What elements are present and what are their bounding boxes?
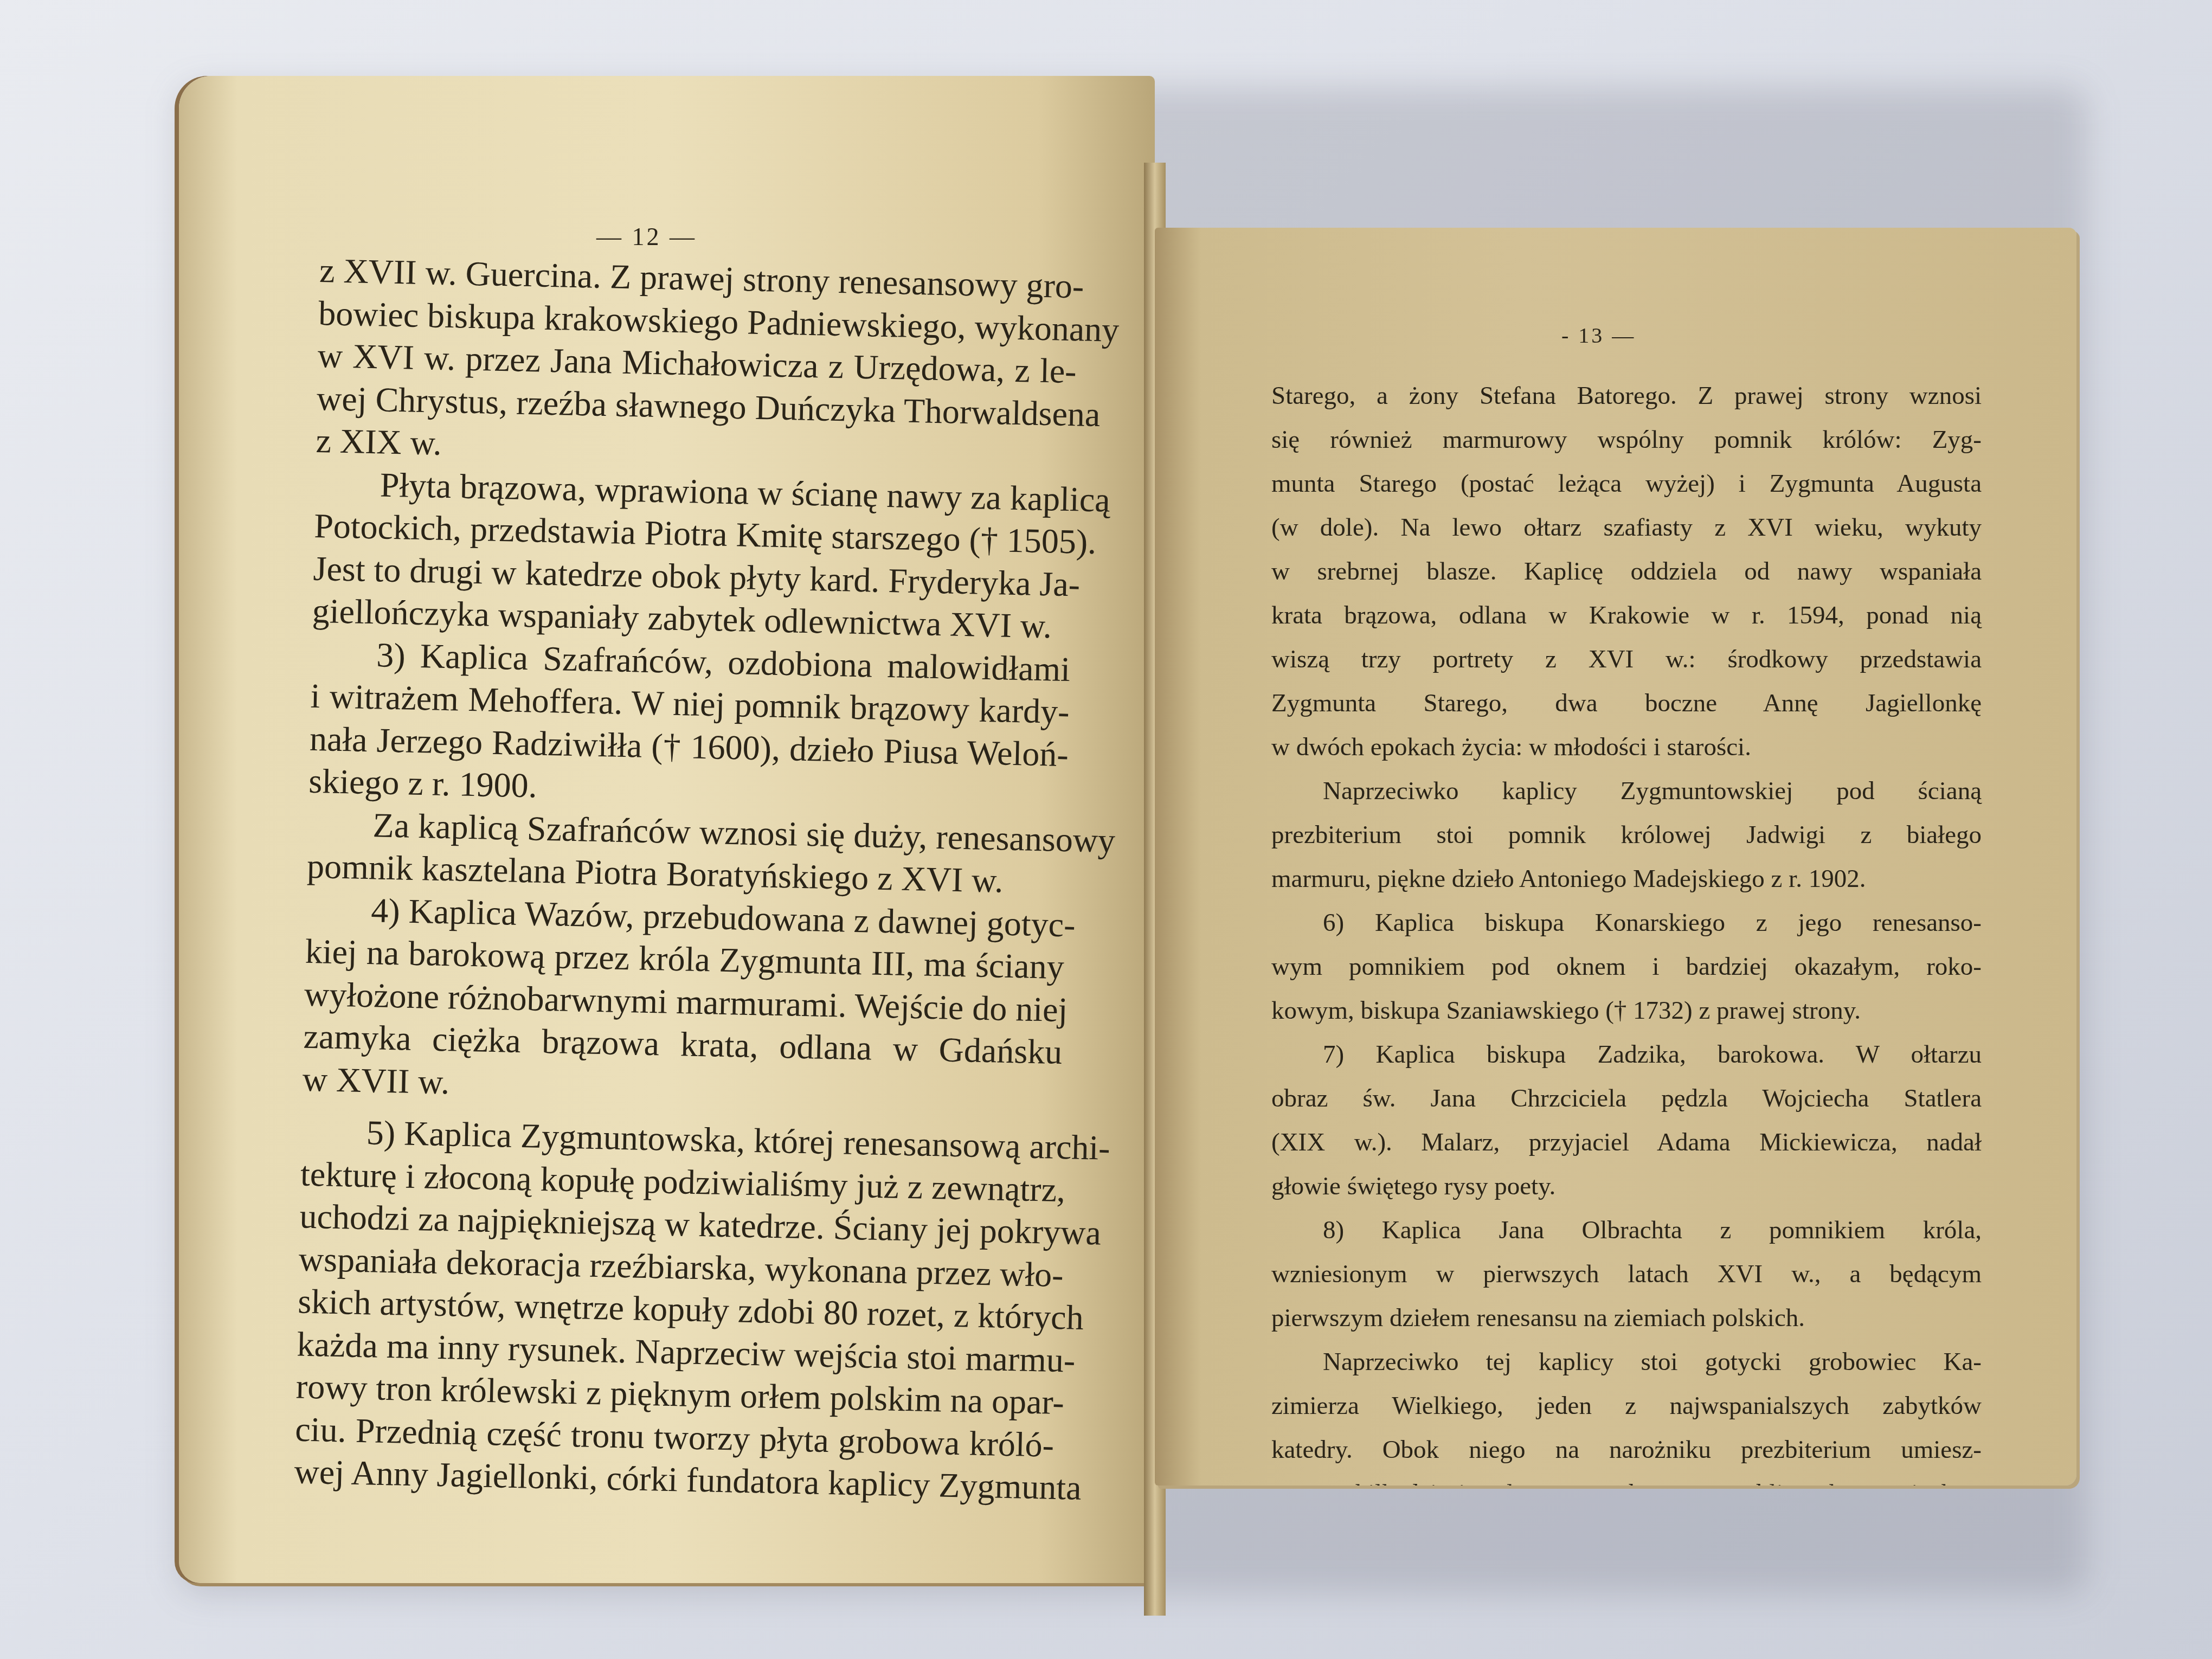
text-line: obraz św. Jana Chrzciciela pędzla Wojcie… bbox=[1271, 1077, 1982, 1121]
text-line: Naprzeciwko tej kaplicy stoi gotycki gro… bbox=[1271, 1340, 1982, 1384]
text-line: wiszą trzy portrety z XVI w.: środkowy p… bbox=[1271, 638, 1982, 681]
page-number-left: — 12 — bbox=[596, 222, 697, 251]
text-line: katedry. Obok niego na narożniku prezbit… bbox=[1271, 1428, 1982, 1472]
right-page-text: Starego, a żony Stefana Batorego. Z praw… bbox=[1271, 374, 1982, 1486]
page-number-right: - 13 — bbox=[1561, 323, 1636, 348]
text-line: prezbiterium stoi pomnik królowej Jadwig… bbox=[1271, 813, 1982, 857]
text-line: czono kilkadziesiąt lat temu brązową tab… bbox=[1271, 1472, 1982, 1486]
text-line: Starego, a żony Stefana Batorego. Z praw… bbox=[1271, 374, 1982, 418]
text-line: Zygmunta Starego, dwa boczne Annę Jagiel… bbox=[1271, 681, 1982, 725]
text-line: wzniesionym w pierwszych latach XVI w., … bbox=[1271, 1252, 1982, 1296]
text-line: głowie świętego rysy poety. bbox=[1271, 1165, 1982, 1208]
text-line: wym pomnikiem pod oknem i bardziej okaza… bbox=[1271, 945, 1982, 989]
text-line: w dwóch epokach życia: w młodości i star… bbox=[1271, 725, 1982, 769]
text-line: zimierza Wielkiego, jeden z najwspanials… bbox=[1271, 1384, 1982, 1428]
text-line: munta Starego (postać leżąca wyżej) i Zy… bbox=[1271, 462, 1982, 506]
text-line: pierwszym dziełem renesansu na ziemiach … bbox=[1271, 1296, 1982, 1340]
text-line: 6) Kaplica biskupa Konarskiego z jego re… bbox=[1271, 901, 1982, 945]
left-page-text: z XVII w. Guercina. Z prawej strony rene… bbox=[294, 249, 1079, 1509]
text-line: kowym, biskupa Szaniawskiego († 1732) z … bbox=[1271, 989, 1982, 1033]
text-line: w srebrnej blasze. Kaplicę oddziela od n… bbox=[1271, 550, 1982, 594]
text-line: marmuru, piękne dzieło Antoniego Madejsk… bbox=[1271, 857, 1982, 901]
text-line: krata brązowa, odlana w Krakowie w r. 15… bbox=[1271, 594, 1982, 638]
text-line: 8) Kaplica Jana Olbrachta z pomnikiem kr… bbox=[1271, 1208, 1982, 1252]
text-line: (XIX w.). Malarz, przyjaciel Adama Micki… bbox=[1271, 1121, 1982, 1165]
left-page: — 12 — z XVII w. Guercina. Z prawej stro… bbox=[179, 76, 1155, 1583]
text-line: Naprzeciwko kaplicy Zygmuntowskiej pod ś… bbox=[1271, 769, 1982, 813]
text-line: (w dole). Na lewo ołtarz szafiasty z XVI… bbox=[1271, 506, 1982, 550]
text-line: 7) Kaplica biskupa Zadzika, barokowa. W … bbox=[1271, 1033, 1982, 1077]
open-booklet: — 12 — z XVII w. Guercina. Z prawej stro… bbox=[0, 0, 2212, 1659]
right-page: - 13 — Starego, a żony Stefana Batorego.… bbox=[1155, 228, 2076, 1486]
text-line: się również marmurowy wspólny pomnik kró… bbox=[1271, 418, 1982, 462]
